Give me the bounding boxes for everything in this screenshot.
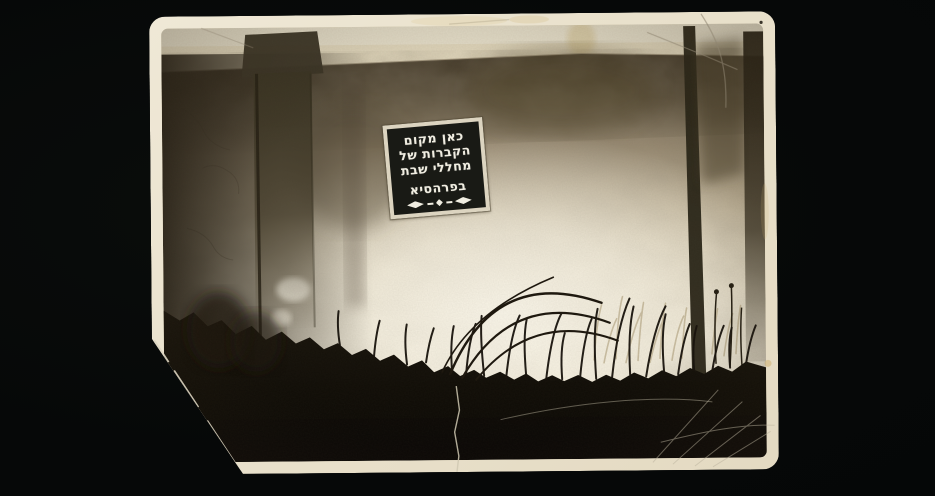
diamond-icon — [407, 200, 425, 208]
sign-text-line: בפרהסיא — [409, 178, 467, 198]
diamond-divider-icon — [407, 196, 472, 209]
dash-icon — [427, 202, 433, 205]
scene-art — [161, 23, 767, 462]
photograph: כאן מקום הקברות של מחללי שבת בפרהסיא — [149, 11, 779, 474]
cemetery-sign: כאן מקום הקברות של מחללי שבת בפרהסיא — [382, 117, 490, 219]
diamond-icon — [436, 199, 444, 207]
diamond-icon — [454, 196, 472, 204]
black-backdrop: כאן מקום הקברות של מחללי שבת בפרהסיא — [0, 0, 935, 496]
dash-icon — [446, 201, 452, 204]
film-grain — [161, 23, 767, 462]
photo-image: כאן מקום הקברות של מחללי שבת בפרהסיא — [161, 23, 767, 462]
